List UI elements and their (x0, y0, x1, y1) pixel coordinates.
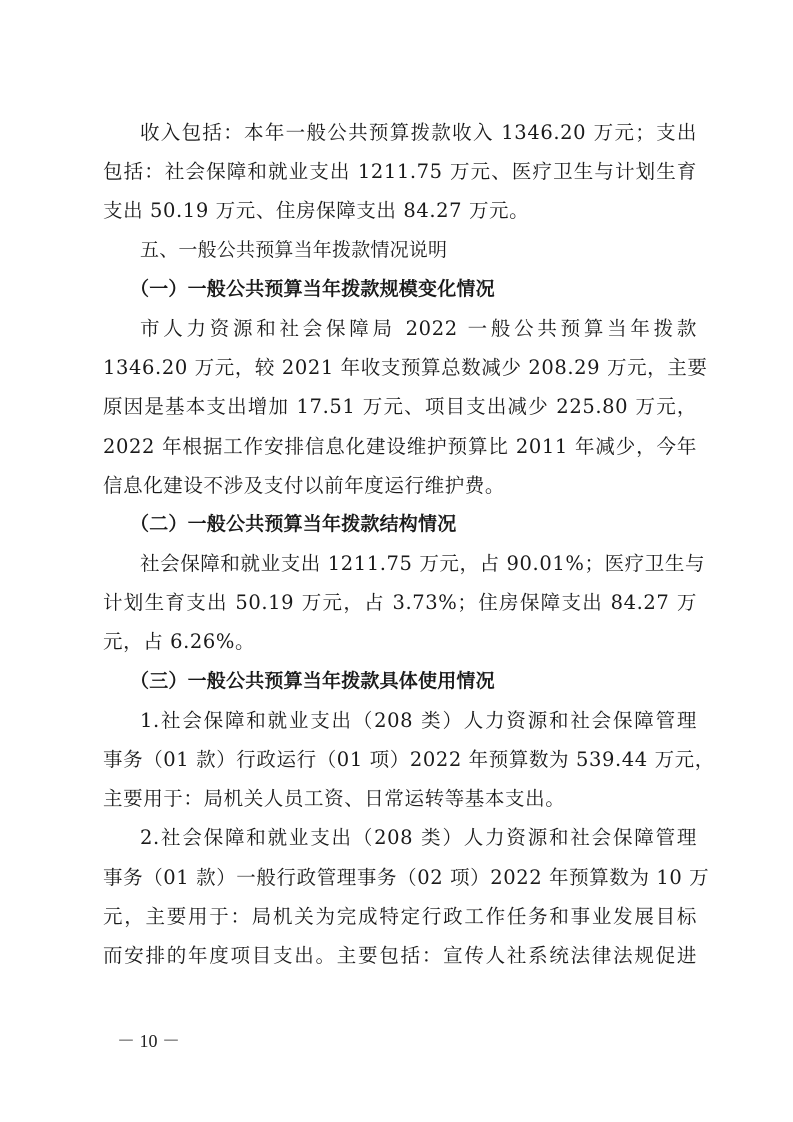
body-line: 2.社会保障和就业支出（208 类）人力资源和社会保障管理 (103, 818, 697, 857)
body-line: 包括：社会保障和就业支出 1211.75 万元、医疗卫生与计划生育 (103, 152, 697, 191)
body-line: 原因是基本支出增加 17.51 万元、项目支出减少 225.80 万元， (103, 387, 697, 426)
page-number: － 10 － (117, 1027, 180, 1053)
body-line: 元，主要用于：局机关为完成特定行政工作任务和事业发展目标 (103, 897, 697, 936)
body-line: 1.社会保障和就业支出（208 类）人力资源和社会保障管理 (103, 701, 697, 740)
body-line: 收入包括：本年一般公共预算拨款收入 1346.20 万元；支出 (103, 113, 697, 152)
body-line: 主要用于：局机关人员工资、日常运转等基本支出。 (103, 779, 697, 818)
body-line: 市人力资源和社会保障局 2022 一般公共预算当年拨款 (103, 309, 697, 348)
sub-heading: （二）一般公共预算当年拨款结构情况 (103, 505, 697, 544)
body-line: 社会保障和就业支出 1211.75 万元，占 90.01%；医疗卫生与 (103, 544, 697, 583)
sub-heading: （三）一般公共预算当年拨款具体使用情况 (103, 662, 697, 701)
body-line: 支出 50.19 万元、住房保障支出 84.27 万元。 (103, 191, 697, 230)
body-line: 1346.20 万元，较 2021 年收支预算总数减少 208.29 万元，主要 (103, 348, 697, 387)
body-line: 信息化建设不涉及支付以前年度运行维护费。 (103, 466, 697, 505)
sub-heading: （一）一般公共预算当年拨款规模变化情况 (103, 270, 697, 309)
body-line: 而安排的年度项目支出。主要包括：宣传人社系统法律法规促进 (103, 936, 697, 975)
body-line: 2022 年根据工作安排信息化建设维护预算比 2011 年减少，今年 (103, 427, 697, 466)
page-content: 收入包括：本年一般公共预算拨款收入 1346.20 万元；支出 包括：社会保障和… (103, 113, 697, 975)
body-line: 计划生育支出 50.19 万元，占 3.73%；住房保障支出 84.27 万 (103, 583, 697, 622)
body-line: 事务（01 款）行政运行（01 项）2022 年预算数为 539.44 万元， (103, 740, 697, 779)
body-line: 事务（01 款）一般行政管理事务（02 项）2022 年预算数为 10 万 (103, 858, 697, 897)
document-page: 收入包括：本年一般公共预算拨款收入 1346.20 万元；支出 包括：社会保障和… (0, 0, 793, 1122)
body-line: 元，占 6.26%。 (103, 622, 697, 661)
section-heading: 五、一般公共预算当年拨款情况说明 (103, 231, 697, 270)
